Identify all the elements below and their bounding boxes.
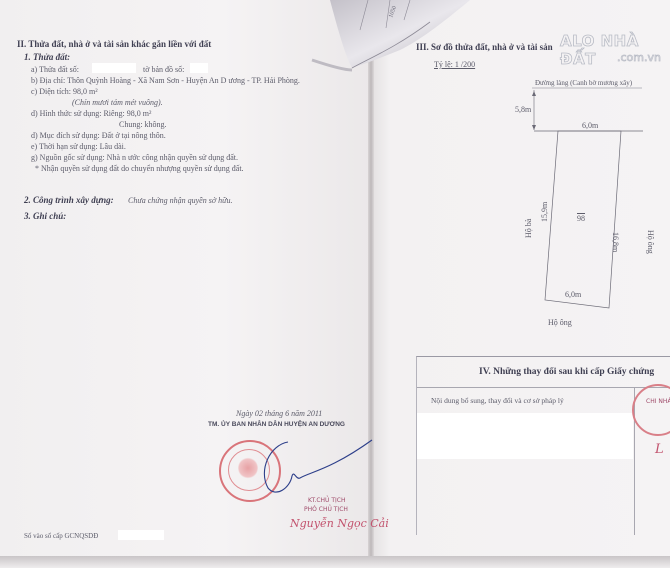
redacted-changes [417,413,633,459]
changes-table: IV. Những thay đổi sau khi cấp Giấy chứn… [416,356,670,535]
branch-seal-text: CHI NHÁNH HUYỆN AN DƯƠNG [646,398,670,405]
watermark-domain: .com.vn [617,51,661,64]
section-4-title: IV. Những thay đổi sau khi cấp Giấy chứn… [479,367,654,377]
right-length: 16,8m [611,232,620,252]
setback-length: 5,8m [515,105,531,114]
top-width: 6,0m [582,121,598,130]
table-divider [417,387,670,388]
left-length: 15,9m [540,202,549,222]
bottom-neighbor: Hộ ông [548,318,572,327]
parcel-area-number: 98 [577,214,585,223]
branch-signature: L [655,442,664,457]
right-neighbor: Hộ ông [646,230,655,254]
left-neighbor: Hộ bà [524,219,533,238]
bottom-width: 6,0m [565,290,581,299]
section-4-content-header: Nội dung bổ sung, thay đổi và cơ sở pháp… [431,396,564,405]
